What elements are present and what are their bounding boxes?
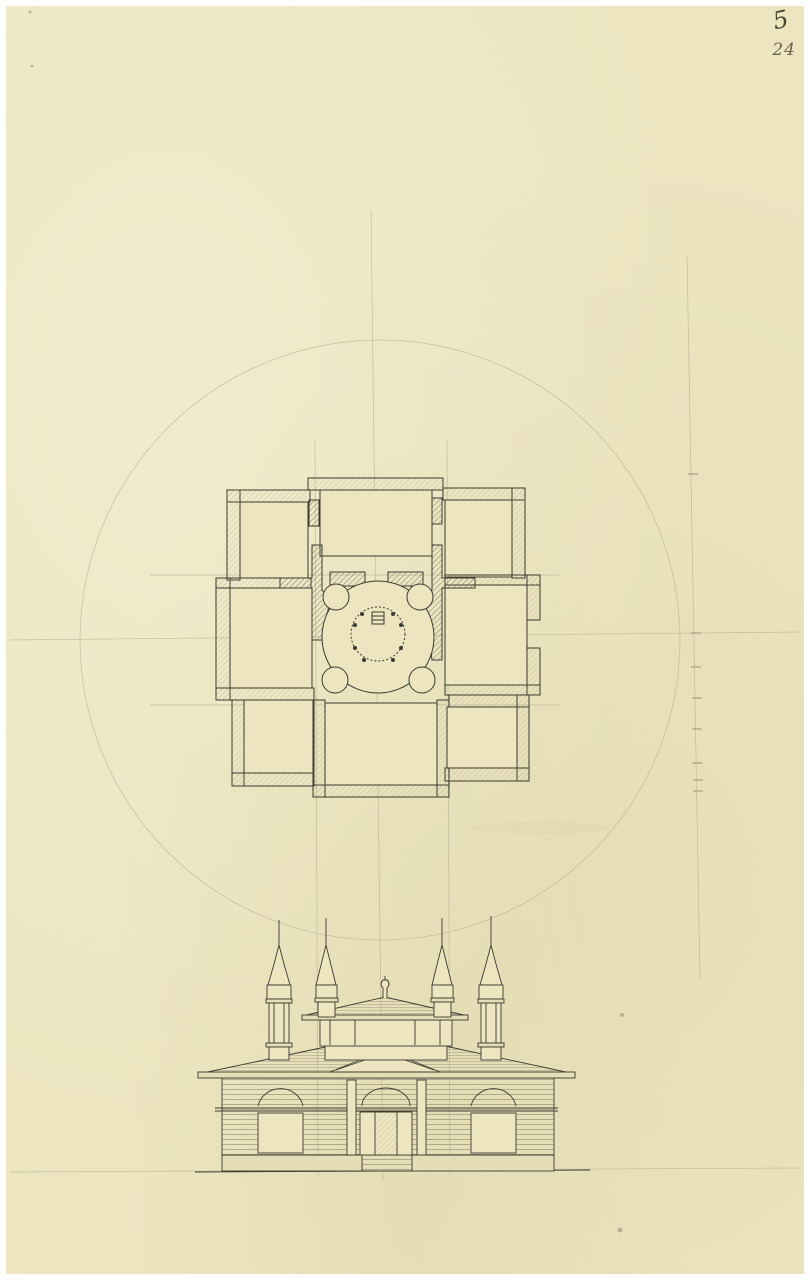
tower-2 [315,918,338,1017]
architectural-drawing [0,0,810,1280]
tower-1 [266,920,292,1060]
tower-3 [431,918,454,1017]
elevation [195,916,590,1172]
floor-plan [216,478,540,797]
tower-4 [478,916,504,1060]
